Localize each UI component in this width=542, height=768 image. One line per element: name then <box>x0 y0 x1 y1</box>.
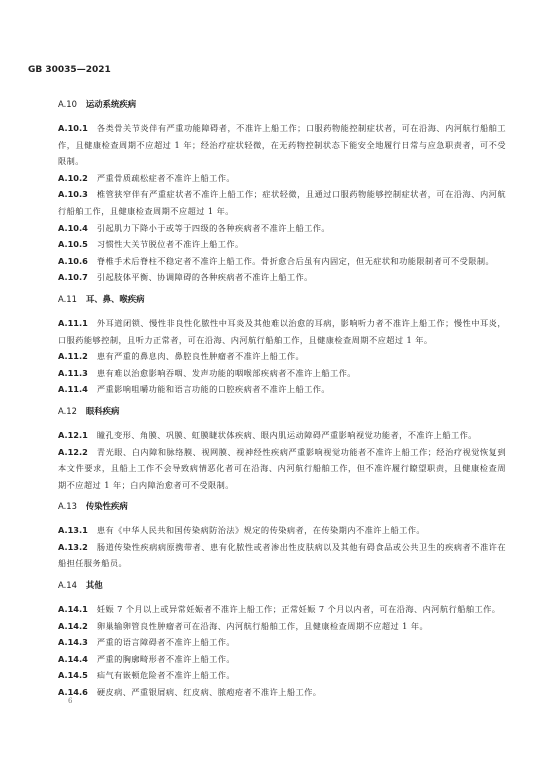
clause: A.13.1患有《中华人民共和国传染病防治法》规定的传染病者，在传染期内不准许上… <box>58 522 506 539</box>
clause: A.14.5疝气有嵌顿危险者不准许上船工作。 <box>58 667 506 684</box>
clause-number: A.14.1 <box>58 604 88 614</box>
clause-text: 引起肢体平衡、协调障碍的各种疾病者不准许上船工作。 <box>97 272 313 282</box>
clause: A.11.4严重影响咀嚼功能和语言功能的口腔疾病者不准许上船工作。 <box>58 381 506 398</box>
page-number: 6 <box>68 697 72 705</box>
clause: A.14.2卵巢输卵管良性肿瘤者可在沿海、内河航行船舶工作，且健康检查周期不应超… <box>58 618 506 635</box>
clause-text: 青光眼、白内障和脉络膜、视网膜、视神经性疾病严重影响视觉功能者不准许上船工作；经… <box>58 447 506 490</box>
section-title-text: 运动系统疾病 <box>86 99 136 109</box>
section-number: A.10 <box>58 99 77 109</box>
document-page: GB 30035—2021 A.10运动系统疾病 A.10.1各类骨关节炎伴有严… <box>0 0 542 768</box>
clause: A.14.6硬皮病、严重银屑病、红皮病、脓疱疮者不准许上船工作。 <box>58 684 506 701</box>
clause-text: 引起肌力下降小于或等于四级的各种疾病者不准许上船工作。 <box>97 223 330 233</box>
section-title: A.11耳、鼻、喉疾病 <box>58 293 506 306</box>
section-number: A.14 <box>58 580 77 590</box>
clause-number: A.10.2 <box>58 173 88 183</box>
clause-number: A.10.3 <box>58 189 88 199</box>
clause: A.14.4严重的胸廓畸形者不准许上船工作。 <box>58 651 506 668</box>
clause-number: A.13.1 <box>58 525 88 535</box>
clause-text: 习惯性大关节脱位者不准许上船工作。 <box>97 239 244 249</box>
section-a10: A.10运动系统疾病 A.10.1各类骨关节炎伴有严重功能障碍者，不准许上船工作… <box>58 98 506 286</box>
clause-text: 严重骨质疏松症者不准许上船工作。 <box>97 173 235 183</box>
clause-number: A.12.2 <box>58 447 88 457</box>
section-number: A.13 <box>58 501 77 511</box>
document-body: A.10运动系统疾病 A.10.1各类骨关节炎伴有严重功能障碍者，不准许上船工作… <box>58 98 506 708</box>
clause-number: A.14.4 <box>58 654 88 664</box>
section-a14: A.14其他 A.14.1妊娠 7 个月以上或异常妊娠者不准许上船工作；正常妊娠… <box>58 579 506 701</box>
clause-text: 脊椎手术后脊柱不稳定者不准许上船工作。骨折愈合后虽有内固定，但无症状和功能限制者… <box>97 256 494 266</box>
section-a13: A.13传染性疾病 A.13.1患有《中华人民共和国传染病防治法》规定的传染病者… <box>58 500 506 572</box>
clause-number: A.11.3 <box>58 368 88 378</box>
clause: A.14.1妊娠 7 个月以上或异常妊娠者不准许上船工作；正常妊娠 7 个月以内… <box>58 601 506 618</box>
clause: A.14.3严重的语言障碍者不准许上船工作。 <box>58 634 506 651</box>
clause-number: A.10.6 <box>58 256 88 266</box>
clause: A.10.4引起肌力下降小于或等于四级的各种疾病者不准许上船工作。 <box>58 220 506 237</box>
section-title-text: 其他 <box>86 580 103 590</box>
clause-text: 严重的语言障碍者不准许上船工作。 <box>97 637 235 647</box>
clause: A.10.6脊椎手术后脊柱不稳定者不准许上船工作。骨折愈合后虽有内固定，但无症状… <box>58 253 506 270</box>
clause-text: 严重的胸廓畸形者不准许上船工作。 <box>97 654 235 664</box>
clause-number: A.14.5 <box>58 670 88 680</box>
clause: A.13.2肠道传染性疾病病原携带者、患有化脓性或者渗出性皮肤病以及其他有碍食品… <box>58 539 506 572</box>
clause: A.10.2严重骨质疏松症者不准许上船工作。 <box>58 170 506 187</box>
clause-text: 严重影响咀嚼功能和语言功能的口腔疾病者不准许上船工作。 <box>97 384 330 394</box>
document-code: GB 30035—2021 <box>28 65 111 75</box>
clause-text: 肠道传染性疾病病原携带者、患有化脓性或者渗出性皮肤病以及其他有碍食品或公共卫生的… <box>58 542 506 569</box>
clause-text: 卵巢输卵管良性肿瘤者可在沿海、内河航行船舶工作，且健康检查周期不应超过 1 年。 <box>97 621 428 631</box>
clause: A.10.1各类骨关节炎伴有严重功能障碍者，不准许上船工作；口服药物能控制症状者… <box>58 120 506 170</box>
clause-number: A.11.1 <box>58 318 88 328</box>
clause: A.10.7引起肢体平衡、协调障碍的各种疾病者不准许上船工作。 <box>58 269 506 286</box>
section-title: A.14其他 <box>58 579 506 592</box>
section-number: A.12 <box>58 406 77 416</box>
clause-text: 妊娠 7 个月以上或异常妊娠者不准许上船工作；正常妊娠 7 个月以内者，可在沿海… <box>97 604 501 614</box>
clause: A.10.5习惯性大关节脱位者不准许上船工作。 <box>58 236 506 253</box>
clause-text: 患有严重的鼻息肉、鼻腔良性肿瘤者不准许上船工作。 <box>97 351 304 361</box>
clause: A.12.1瞳孔变形、角膜、巩膜、虹膜睫状体疾病、眼内肌运动障碍严重影响视觉功能… <box>58 427 506 444</box>
clause-number: A.10.5 <box>58 239 88 249</box>
section-title: A.13传染性疾病 <box>58 500 506 513</box>
section-a12: A.12眼科疾病 A.12.1瞳孔变形、角膜、巩膜、虹膜睫状体疾病、眼内肌运动障… <box>58 405 506 493</box>
section-title: A.12眼科疾病 <box>58 405 506 418</box>
section-title: A.10运动系统疾病 <box>58 98 506 111</box>
clause-number: A.12.1 <box>58 430 88 440</box>
section-number: A.11 <box>58 294 77 304</box>
clause-number: A.14.6 <box>58 687 88 697</box>
clause: A.12.2青光眼、白内障和脉络膜、视网膜、视神经性疾病严重影响视觉功能者不准许… <box>58 444 506 494</box>
section-a11: A.11耳、鼻、喉疾病 A.11.1外耳道闭锁、慢性非良性化脓性中耳炎及其他难以… <box>58 293 506 398</box>
clause-text: 疝气有嵌顿危险者不准许上船工作。 <box>97 670 235 680</box>
clause-number: A.10.4 <box>58 223 88 233</box>
clause: A.10.3椎管狭窄伴有严重症状者不准许上船工作；症状轻微，且通过口服药物能够控… <box>58 186 506 219</box>
clause-text: 患有难以治愈影响吞咽、发声功能的咽喉部疾病者不准许上船工作。 <box>97 368 356 378</box>
clause-number: A.13.2 <box>58 542 88 552</box>
clause-number: A.11.2 <box>58 351 88 361</box>
clause: A.11.2患有严重的鼻息肉、鼻腔良性肿瘤者不准许上船工作。 <box>58 348 506 365</box>
clause-text: 硬皮病、严重银屑病、红皮病、脓疱疮者不准许上船工作。 <box>97 687 322 697</box>
clause-number: A.14.3 <box>58 637 88 647</box>
clause-number: A.10.7 <box>58 272 88 282</box>
clause-number: A.11.4 <box>58 384 88 394</box>
clause-text: 椎管狭窄伴有严重症状者不准许上船工作；症状轻微，且通过口服药物能够控制症状者，可… <box>58 189 506 216</box>
section-title-text: 耳、鼻、喉疾病 <box>86 294 145 304</box>
clause: A.11.1外耳道闭锁、慢性非良性化脓性中耳炎及其他难以治愈的耳病，影响听力者不… <box>58 315 506 348</box>
section-title-text: 传染性疾病 <box>86 501 128 511</box>
section-title-text: 眼科疾病 <box>86 406 120 416</box>
clause-number: A.10.1 <box>58 123 88 133</box>
clause-text: 各类骨关节炎伴有严重功能障碍者，不准许上船工作；口服药物能控制症状者，可在沿海、… <box>58 123 506 166</box>
clause-number: A.14.2 <box>58 621 88 631</box>
clause-text: 患有《中华人民共和国传染病防治法》规定的传染病者，在传染期内不准许上船工作。 <box>97 525 425 535</box>
clause-text: 外耳道闭锁、慢性非良性化脓性中耳炎及其他难以治愈的耳病，影响听力者不准许上船工作… <box>58 318 506 345</box>
clause: A.11.3患有难以治愈影响吞咽、发声功能的咽喉部疾病者不准许上船工作。 <box>58 365 506 382</box>
clause-text: 瞳孔变形、角膜、巩膜、虹膜睫状体疾病、眼内肌运动障碍严重影响视觉功能者，不准许上… <box>97 430 477 440</box>
